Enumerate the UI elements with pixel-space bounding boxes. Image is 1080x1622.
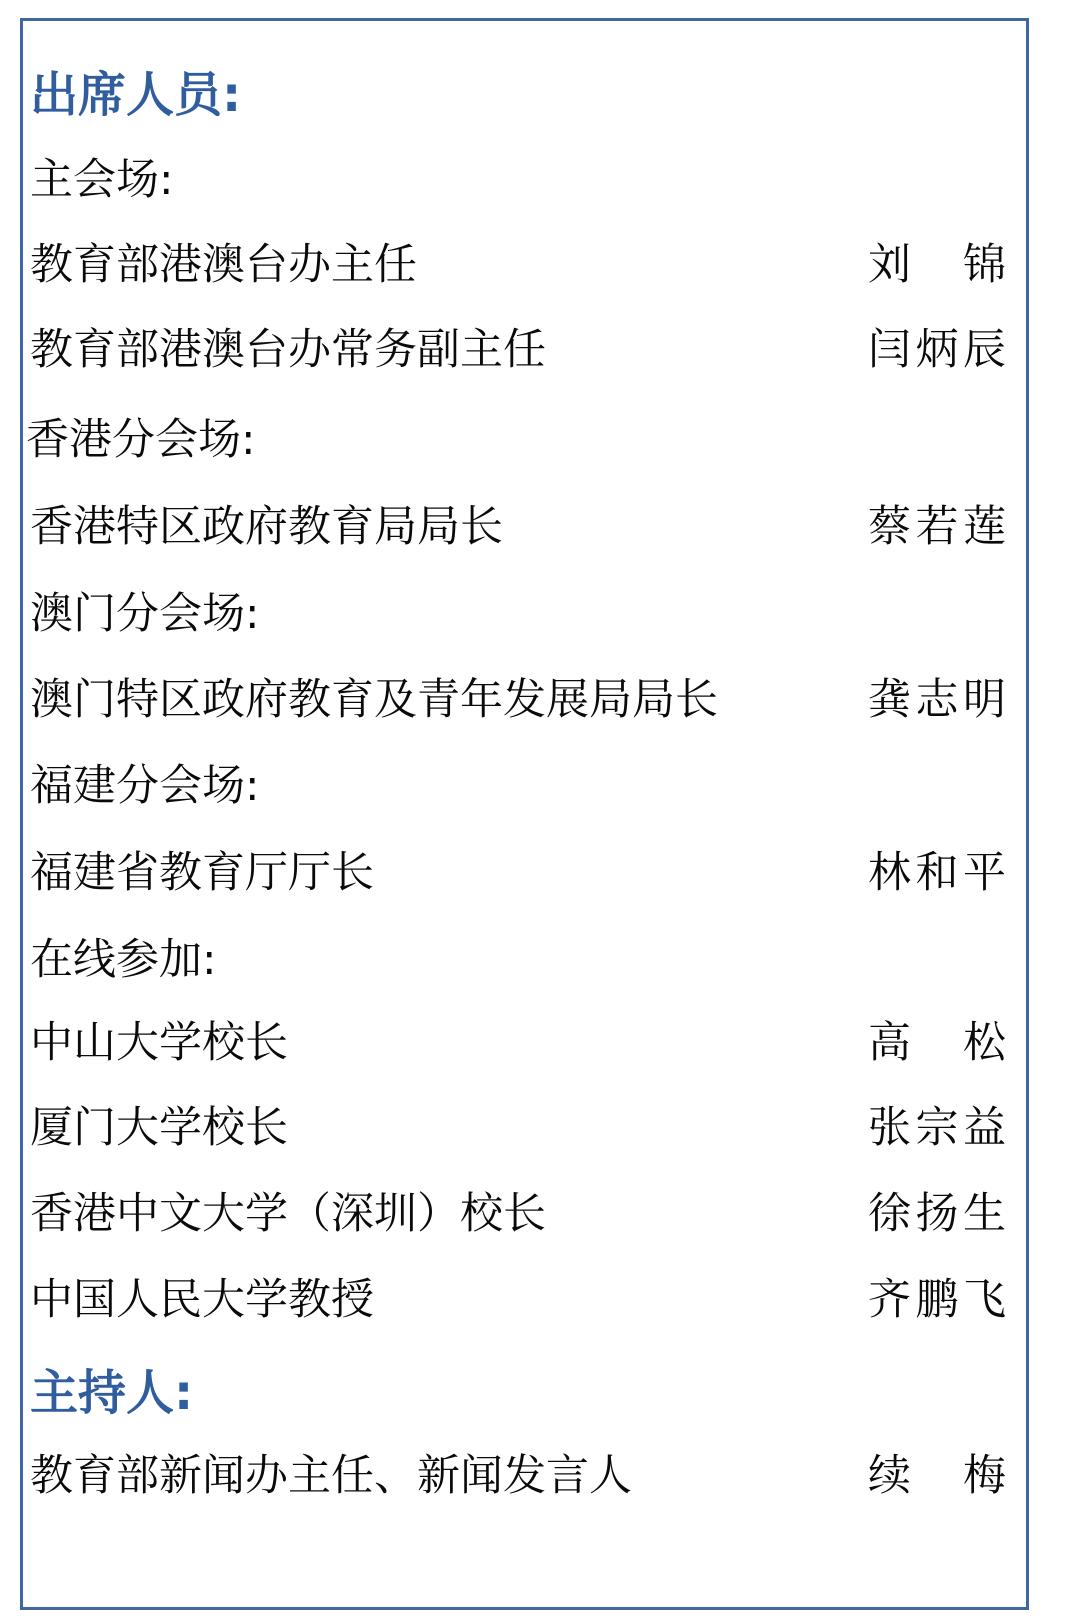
host-row: 教育部新闻办主任、新闻发言人 续 梅 [30,1446,1006,1506]
host-name: 续 梅 [868,1446,1006,1506]
attendee-title: 澳门特区政府教育及青年发展局局长 [30,670,718,730]
attendee-name: 齐鹏飞 [868,1270,1006,1330]
host-title: 教育部新闻办主任、新闻发言人 [30,1446,632,1506]
attendee-title: 中国人民大学教授 [30,1270,374,1330]
venue-hongkong: 香港分会场: [26,410,1006,470]
venue-label: 福建分会场: [30,756,260,816]
attendee-title: 教育部港澳台办主任 [30,235,417,295]
attendee-title: 香港中文大学（深圳）校长 [30,1184,546,1244]
attendee-name: 林和平 [868,843,1006,903]
attendee-name: 蔡若莲 [868,497,1006,557]
attendee-row: 福建省教育厅厅长 林和平 [30,843,1006,903]
attendee-title: 香港特区政府教育局局长 [30,497,503,557]
attendee-row: 澳门特区政府教育及青年发展局局长 龚志明 [30,670,1006,730]
attendee-row: 香港中文大学（深圳）校长 徐扬生 [30,1184,1006,1244]
venue-label: 主会场: [30,150,174,210]
attendee-name: 闫炳辰 [868,320,1006,380]
venue-main: 主会场: [30,150,1006,210]
attendee-row: 香港特区政府教育局局长 蔡若莲 [30,497,1006,557]
venue-label: 在线参加: [30,930,217,990]
venue-fujian: 福建分会场: [30,756,1006,816]
attendees-heading-text: 出席人员: [30,65,241,125]
attendee-row: 教育部港澳台办常务副主任 闫炳辰 [30,320,1006,380]
attendee-row: 中国人民大学教授 齐鹏飞 [30,1270,1006,1330]
attendee-name: 徐扬生 [868,1184,1006,1244]
attendee-name: 张宗益 [868,1098,1006,1158]
attendee-row: 教育部港澳台办主任 刘 锦 [30,235,1006,295]
attendee-name: 龚志明 [868,670,1006,730]
host-heading-text: 主持人: [30,1363,193,1423]
attendee-title: 教育部港澳台办常务副主任 [30,320,546,380]
venue-online: 在线参加: [30,930,1006,990]
venue-label: 澳门分会场: [30,584,260,644]
attendee-name: 刘 锦 [868,235,1006,295]
venue-macau: 澳门分会场: [30,584,1006,644]
attendee-title: 厦门大学校长 [30,1098,288,1158]
attendee-title: 中山大学校长 [30,1013,288,1073]
attendee-row: 中山大学校长 高 松 [30,1013,1006,1073]
host-heading: 主持人: [30,1363,1006,1423]
attendee-row: 厦门大学校长 张宗益 [30,1098,1006,1158]
venue-label: 香港分会场: [26,410,256,470]
attendee-title: 福建省教育厅厅长 [30,843,374,903]
attendees-heading: 出席人员: [30,65,1006,125]
attendee-name: 高 松 [868,1013,1006,1073]
